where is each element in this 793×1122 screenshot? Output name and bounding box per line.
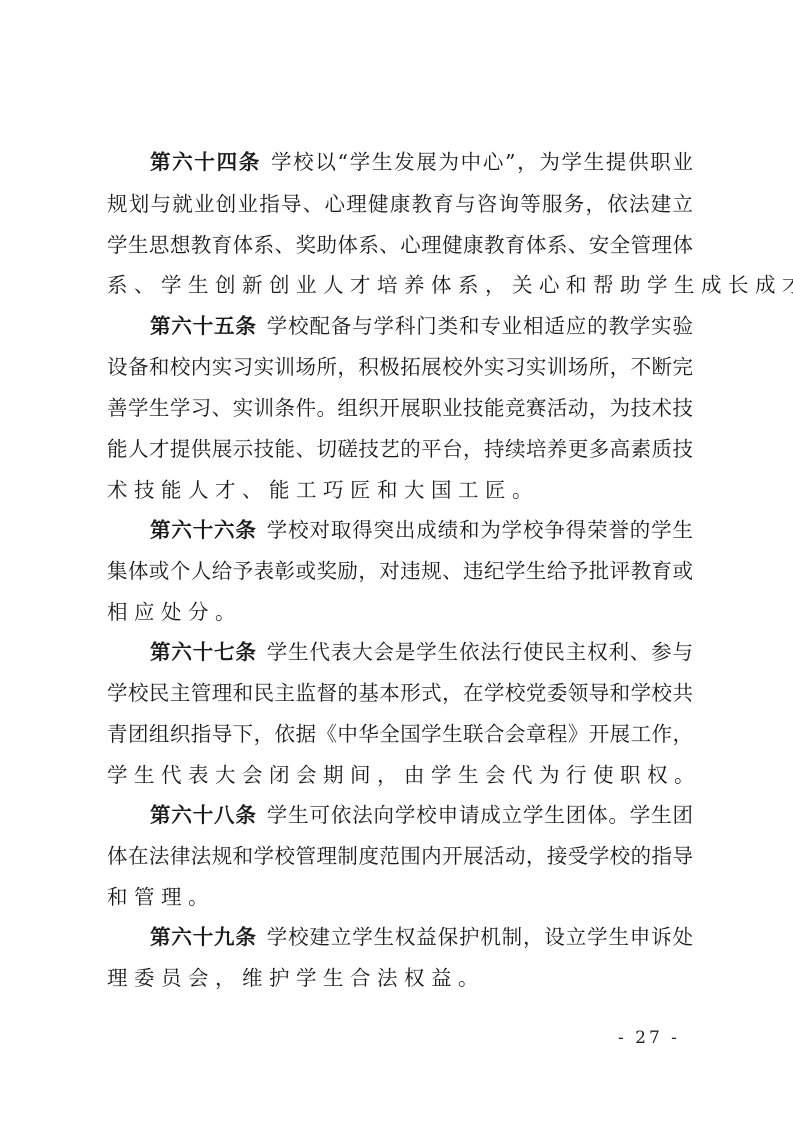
article-67-line-1: 第六十七条学生代表大会是学生依法行使民主权利、参与 bbox=[150, 637, 693, 667]
article-number: 第六十九条 bbox=[150, 925, 257, 949]
article-64-line-1: 第六十四条学校以“学生发展为中心”，为学生提供职业 bbox=[150, 147, 693, 177]
article-number: 第六十六条 bbox=[150, 518, 257, 542]
article-65-line-4: 能人才提供展示技能、切磋技艺的平台，持续培养更多高素质技 bbox=[107, 434, 693, 464]
article-number: 第六十八条 bbox=[150, 803, 257, 827]
article-68-line-3: 和管理。 bbox=[107, 882, 693, 912]
article-number: 第六十四条 bbox=[150, 150, 261, 174]
article-67-line-3: 青团组织指导下，依据《中华全国学生联合会章程》开展工作， bbox=[107, 719, 693, 749]
article-66-line-2: 集体或个人给予表彰或奖励，对违规、违纪学生给予批评教育或 bbox=[107, 556, 693, 586]
article-68-line-2: 体在法律法规和学校管理制度范围内开展活动，接受学校的指导 bbox=[107, 841, 693, 871]
article-67-line-4: 学生代表大会闭会期间，由学生会代为行使职权。 bbox=[107, 760, 693, 790]
article-67-line-2: 学校民主管理和民主监督的基本形式，在学校党委领导和学校共 bbox=[107, 678, 693, 708]
article-66-line-1: 第六十六条学校对取得突出成绩和为学校争得荣誉的学生 bbox=[150, 515, 693, 545]
article-65-line-5: 术技能人才、能工巧匠和大国工匠。 bbox=[107, 475, 693, 505]
article-65-line-2: 设备和校内实习实训场所，积极拓展校外实习实训场所，不断完 bbox=[107, 352, 693, 382]
page-number: - 27 - bbox=[618, 1028, 680, 1048]
article-68-line-1: 第六十八条学生可依法向学校申请成立学生团体。学生团 bbox=[150, 800, 693, 830]
article-65-line-3: 善学生学习、实训条件。组织开展职业技能竞赛活动，为技术技 bbox=[107, 393, 693, 423]
article-number: 第六十五条 bbox=[150, 314, 257, 338]
article-66-line-3: 相应处分。 bbox=[107, 597, 693, 627]
article-69-line-2: 理委员会，维护学生合法权益。 bbox=[107, 963, 693, 993]
article-64-line-4: 系、学生创新创业人才培养体系，关心和帮助学生成长成才。 bbox=[107, 270, 693, 300]
article-64-line-2: 规划与就业创业指导、心理健康教育与咨询等服务，依法建立 bbox=[107, 189, 693, 219]
article-65-line-1: 第六十五条学校配备与学科门类和专业相适应的教学实验 bbox=[150, 311, 693, 341]
article-64-line-3: 学生思想教育体系、奖助体系、心理健康教育体系、安全管理体 bbox=[107, 230, 693, 260]
article-69-line-1: 第六十九条学校建立学生权益保护机制，设立学生申诉处 bbox=[150, 922, 693, 952]
article-number: 第六十七条 bbox=[150, 640, 257, 664]
